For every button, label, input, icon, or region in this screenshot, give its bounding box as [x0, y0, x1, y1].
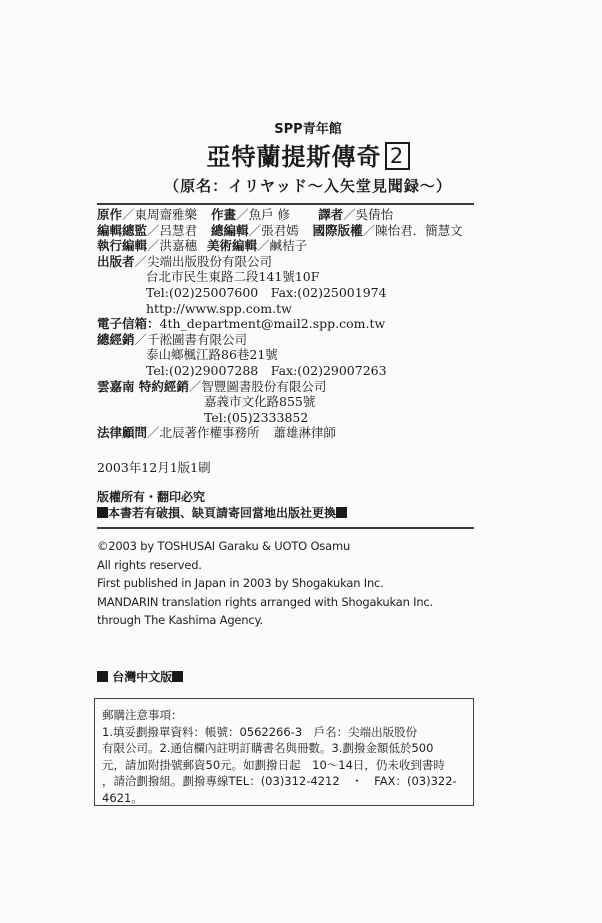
copyright-line: First published in Japan in 2003 by Shog… [97, 574, 433, 593]
distributor-line: 總經銷／千淞圖書有限公司 [97, 332, 517, 348]
copyright-line: All rights reserved. [97, 556, 433, 575]
legal-firm: 北辰著作權事務所 [160, 425, 260, 440]
credit-value: 魚戶 修 [249, 207, 290, 222]
credit-label: 原作 [97, 207, 122, 222]
regional-distributor-line: 雲嘉南 特約經銷／智豐圖書股份有限公司 [97, 379, 517, 395]
credit-value: 吳倩怡 [356, 207, 394, 222]
notice-line: 4621。 [102, 790, 465, 807]
email-address[interactable]: 4th_department@mail2.spp.com.tw [160, 316, 386, 331]
credit-label: 電子信箱 [97, 316, 147, 331]
credit-label: 美術編輯 [207, 238, 257, 253]
rights-reserved: 版權所有・翻印必究 [97, 489, 347, 505]
credit-line-editors: 編輯總監／呂慧君總編輯／張君嫣國際版權／陳怡君．簡慧文 [97, 223, 517, 239]
credit-label: 譯者 [318, 207, 343, 222]
notice-line: 元，請加附掛號郵資50元。如劃撥日起 10～14日，仍未收到書時 [102, 757, 465, 774]
publisher-address: 台北市民生東路二段141號10F [97, 269, 517, 285]
black-square-icon [172, 671, 183, 682]
publisher-line: 出版者／尖端出版股份有限公司 [97, 254, 517, 270]
black-square-icon [336, 507, 347, 518]
copyright-line: MANDARIN translation rights arranged wit… [97, 593, 433, 612]
credit-label: 雲嘉南 特約經銷 [97, 379, 189, 394]
regional-distributor-address: 嘉義市文化路855號 [97, 394, 517, 410]
credit-value: 陳怡君．簡慧文 [375, 223, 463, 238]
credit-label: 總編輯 [211, 223, 249, 238]
copyright-block: ©2003 by TOSHUSAI Garaku & UOTO Osamu Al… [97, 537, 433, 630]
credit-label: 編輯總監 [97, 223, 147, 238]
distributor-address: 泰山鄉楓江路86巷21號 [97, 347, 517, 363]
credit-line-authors: 原作／東周齋雅樂作畫／魚戶 修譯者／吳倩怡 [97, 207, 517, 223]
credit-value: 洪嘉穗 [160, 238, 198, 253]
notice-line: 1.填妥劃撥單資料：帳號：0562266-3 戶名：尖端出版股份 [102, 724, 465, 741]
credit-label: 法律顧問 [97, 425, 147, 440]
credit-value: 鹹桔子 [270, 238, 308, 253]
top-divider [97, 203, 474, 205]
regional-distributor-tel: Tel:(05)2333852 [97, 410, 517, 426]
notice-line: ，請洽劃撥組。劃撥專線TEL：(03)312-4212 ・ FAX：(03)32… [102, 773, 465, 790]
edition-label: 台灣中文版 [97, 668, 183, 685]
credit-label: 出版者 [97, 254, 135, 269]
publisher-name: 尖端出版股份有限公司 [147, 254, 272, 269]
credit-label: 作畫 [211, 207, 236, 222]
publisher-url[interactable]: http://www.spp.com.tw [97, 301, 517, 317]
regional-distributor-name: 智豐圖書股份有限公司 [201, 379, 326, 394]
publisher-tel-fax: Tel:(02)25007600 Fax:(02)25001974 [97, 285, 517, 301]
credit-line-exec: 執行編輯／洪嘉穗美術編輯／鹹桔子 [97, 238, 517, 254]
copyright-line: through The Kashima Agency. [97, 611, 433, 630]
mail-order-notice-box: 郵購注意事項： 1.填妥劃撥單資料：帳號：0562266-3 戶名：尖端出版股份… [94, 698, 474, 806]
credit-label: 國際版權 [313, 223, 363, 238]
title-text: 亞特蘭提斯傳奇 [207, 143, 382, 171]
replacement-notice: 本書若有破損、缺頁請寄回當地出版社更換 [97, 505, 347, 521]
volume-number: 2 [385, 142, 410, 170]
original-title: （原名：イリヤッド～入矢堂見聞録～） [0, 175, 602, 196]
notice-heading: 郵購注意事項： [102, 707, 465, 724]
black-square-icon [97, 671, 108, 682]
bottom-divider [97, 527, 474, 529]
legal-lawyer: 蕭雄淋律師 [274, 425, 337, 440]
credit-label: 總經銷 [97, 332, 135, 347]
legal-line: 法律顧問／北辰著作權事務所蕭雄淋律師 [97, 425, 517, 441]
credit-label: 執行編輯 [97, 238, 147, 253]
credit-value: 東周齋雅樂 [135, 207, 198, 222]
credits-block: 原作／東周齋雅樂作畫／魚戶 修譯者／吳倩怡 編輯總監／呂慧君總編輯／張君嫣國際版… [97, 207, 517, 441]
distributor-name: 千淞圖書有限公司 [147, 332, 247, 347]
copyright-line: ©2003 by TOSHUSAI Garaku & UOTO Osamu [97, 537, 433, 556]
distributor-tel-fax: Tel:(02)29007288 Fax:(02)29007263 [97, 363, 517, 379]
print-date: 2003年12月1版1刷 [97, 458, 211, 476]
rights-notice: 版權所有・翻印必究 本書若有破損、缺頁請寄回當地出版社更換 [97, 489, 347, 521]
book-title: 亞特蘭提斯傳奇2 [0, 142, 602, 172]
credit-value: 張君嫣 [261, 223, 299, 238]
imprint-label: SPP青年館 [0, 118, 602, 137]
email-line: 電子信箱：4th_department@mail2.spp.com.tw [97, 316, 517, 332]
notice-line: 有限公司。2.通信欄內註明訂購書名與冊數。3.劃撥金額低於500 [102, 740, 465, 757]
credit-value: 呂慧君 [160, 223, 198, 238]
black-square-icon [97, 507, 108, 518]
